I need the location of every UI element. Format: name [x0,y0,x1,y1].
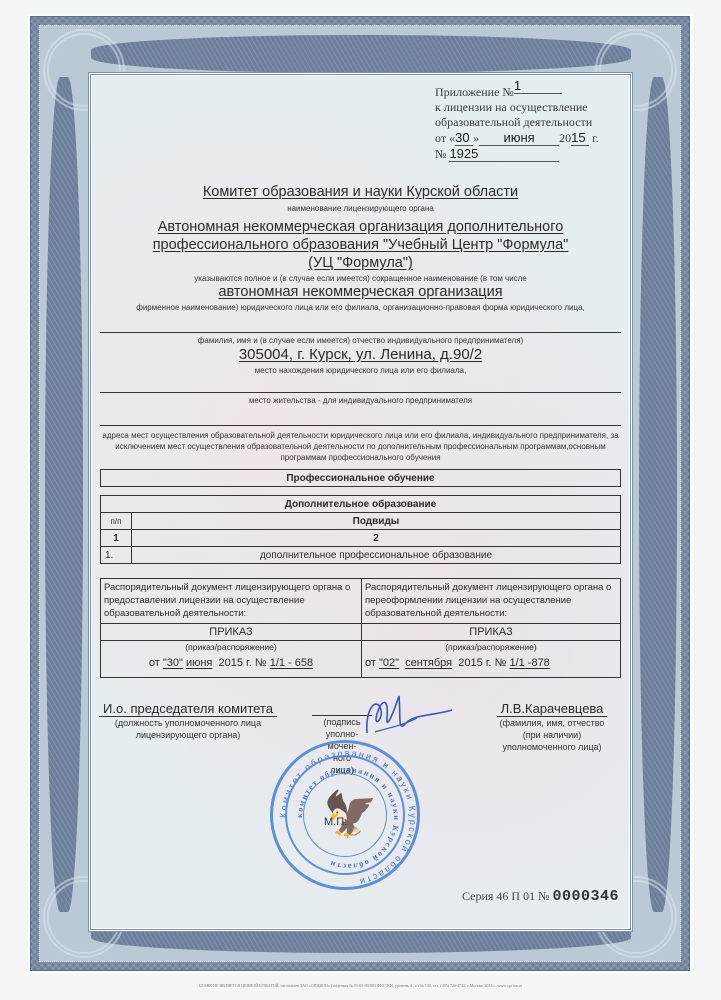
coat-of-arms-eagle-icon: 🦅 [323,785,373,845]
org-address: 305004, г. Курск, ул. Ленина, д.90/2 [92,346,629,363]
org-caption-3: фамилия, имя и (в случае если имеется) о… [92,336,629,345]
border-ornament-right [639,77,677,912]
document-type: ПРИКАЗ [101,624,361,641]
document-year: 2015 г. [219,657,252,669]
document-date-number: от "30" июня 2015 г. № 1/1 - 658 [101,653,361,669]
document-date-number: от "02" сентября 2015 г. № 1/1 -878 [362,653,620,669]
appendix-label: Приложение № [435,85,514,99]
document-type: ПРИКАЗ [362,624,620,641]
blank-line [100,392,621,393]
signatory-name: Л.В.Карачевцева (фамилия, имя, отчество … [477,701,627,753]
official-seal: Комитет образования и науки Курской обла… [270,740,420,890]
organization-full-name: Автономная некоммерческая организация до… [92,218,629,272]
year-label: г. [592,131,599,145]
column-header-subtypes: Подвиды [132,513,621,530]
education-type-table-1: Профессиональное обучение [100,469,621,487]
document-header: Распорядительный документ лицензирующего… [101,579,361,624]
section-additional-education: Дополнительное образование [101,496,621,513]
license-appendix-content: Приложение №1 к лицензии на осуществлени… [92,76,629,928]
table-row: 1. дополнительное профессиональное образ… [101,547,621,564]
blank-series: Серия 46 П 01 № 0000346 [462,888,619,905]
org-caption-6: адреса мест осуществления образовательно… [100,430,621,463]
license-number-label: № [435,147,446,161]
year-prefix: 20 [559,131,571,145]
position-caption: лицензирующего органа) [98,729,278,741]
series-label: Серия [462,889,493,903]
border-ornament-left [45,77,83,912]
document-type-caption: (приказ/распоряжение) [362,641,620,653]
document-month: сентября [405,657,452,669]
name-caption: уполномоченного лица) [477,741,627,753]
series-number: 0000346 [553,888,620,905]
printer-imprint: БЛАНК НЕ ЯВЛЯЕТСЯ ЦЕННОЙ БУМАГОЙ, изгото… [0,983,721,988]
series-value: 46 П 01 [496,889,535,903]
column-header-num: п/п [101,513,132,530]
series-number-label: № [538,889,549,903]
appendix-line-2: к лицензии на осуществление [435,100,599,115]
seal-place-label: М.П. [324,816,347,828]
document-day: "02" [379,657,399,669]
org-name-line-2: профессионального образования "Учебный Ц… [153,237,569,253]
name-caption: (фамилия, имя, отчество [477,717,627,729]
signatory-name-text: Л.В.Карачевцева [497,701,608,717]
org-caption-5: место жительства - для индивидуального п… [92,396,629,405]
appendix-header: Приложение №1 к лицензии на осуществлени… [435,84,599,162]
authority-name: Комитет образования и науки Курской обла… [92,184,629,200]
education-type-table-2: Дополнительное образование п/п Подвиды 1… [100,495,621,564]
section-professional-training: Профессиональное обучение [101,470,621,487]
document-reissue: Распорядительный документ лицензирующего… [362,579,620,677]
position-caption: (должность уполномоченного лица [98,717,278,729]
blank-line [100,425,621,426]
authority-caption: наименование лицензирующего органа [92,204,629,213]
org-caption-1: указываются полное и (в случае если имее… [92,274,629,283]
blank-line [100,332,621,333]
from-label: от [365,657,376,669]
document-grant: Распорядительный документ лицензирующего… [101,579,362,677]
document-month: июня [186,657,212,669]
document-header: Распорядительный документ лицензирующего… [362,579,620,624]
number-label: № [255,657,267,669]
position-title: И.о. председателя комитета [99,701,277,717]
org-name-line-1: Автономная некоммерческая организация до… [158,219,564,235]
appendix-day: 30 [455,130,473,146]
border-ornament-top [91,35,631,73]
date-from-label: от « [435,131,455,145]
appendix-line-3: образовательной деятельности [435,115,599,130]
number-label: № [495,657,507,669]
authority-name-text: Комитет образования и науки Курской обла… [203,184,518,200]
document-type-caption: (приказ/распоряжение) [101,641,361,653]
index-cell: 1 [101,530,132,547]
document-day: "30" [163,657,183,669]
name-caption: (при наличии) [477,729,627,741]
org-caption-2: фирменное наименование) юридического лиц… [92,303,629,312]
row-subtype-name: дополнительное профессиональное образова… [132,547,621,564]
org-legal-form: автономная некоммерческая организация [92,284,629,300]
index-cell: 2 [132,530,621,547]
signatory-position: И.о. председателя комитета (должность уп… [98,701,278,741]
row-number: 1. [101,547,132,564]
administrative-documents: Распорядительный документ лицензирующего… [100,578,621,678]
appendix-number: 1 [514,78,562,94]
document-number: 1/1 - 658 [270,657,313,669]
org-legal-form-text: автономная некоммерческая организация [218,284,502,300]
document-year: 2015 г. [458,657,491,669]
appendix-year: 15 [571,130,589,146]
license-number: 1925 [449,146,559,162]
org-short-name: (УЦ "Формула") [308,255,413,271]
handwritten-signature [347,688,457,748]
org-address-text: 305004, г. Курск, ул. Ленина, д.90/2 [239,346,482,363]
from-label: от [149,657,160,669]
appendix-month: июня [479,130,559,146]
org-caption-4: место нахождения юридического лица или е… [92,366,629,375]
document-number: 1/1 -878 [509,657,549,669]
